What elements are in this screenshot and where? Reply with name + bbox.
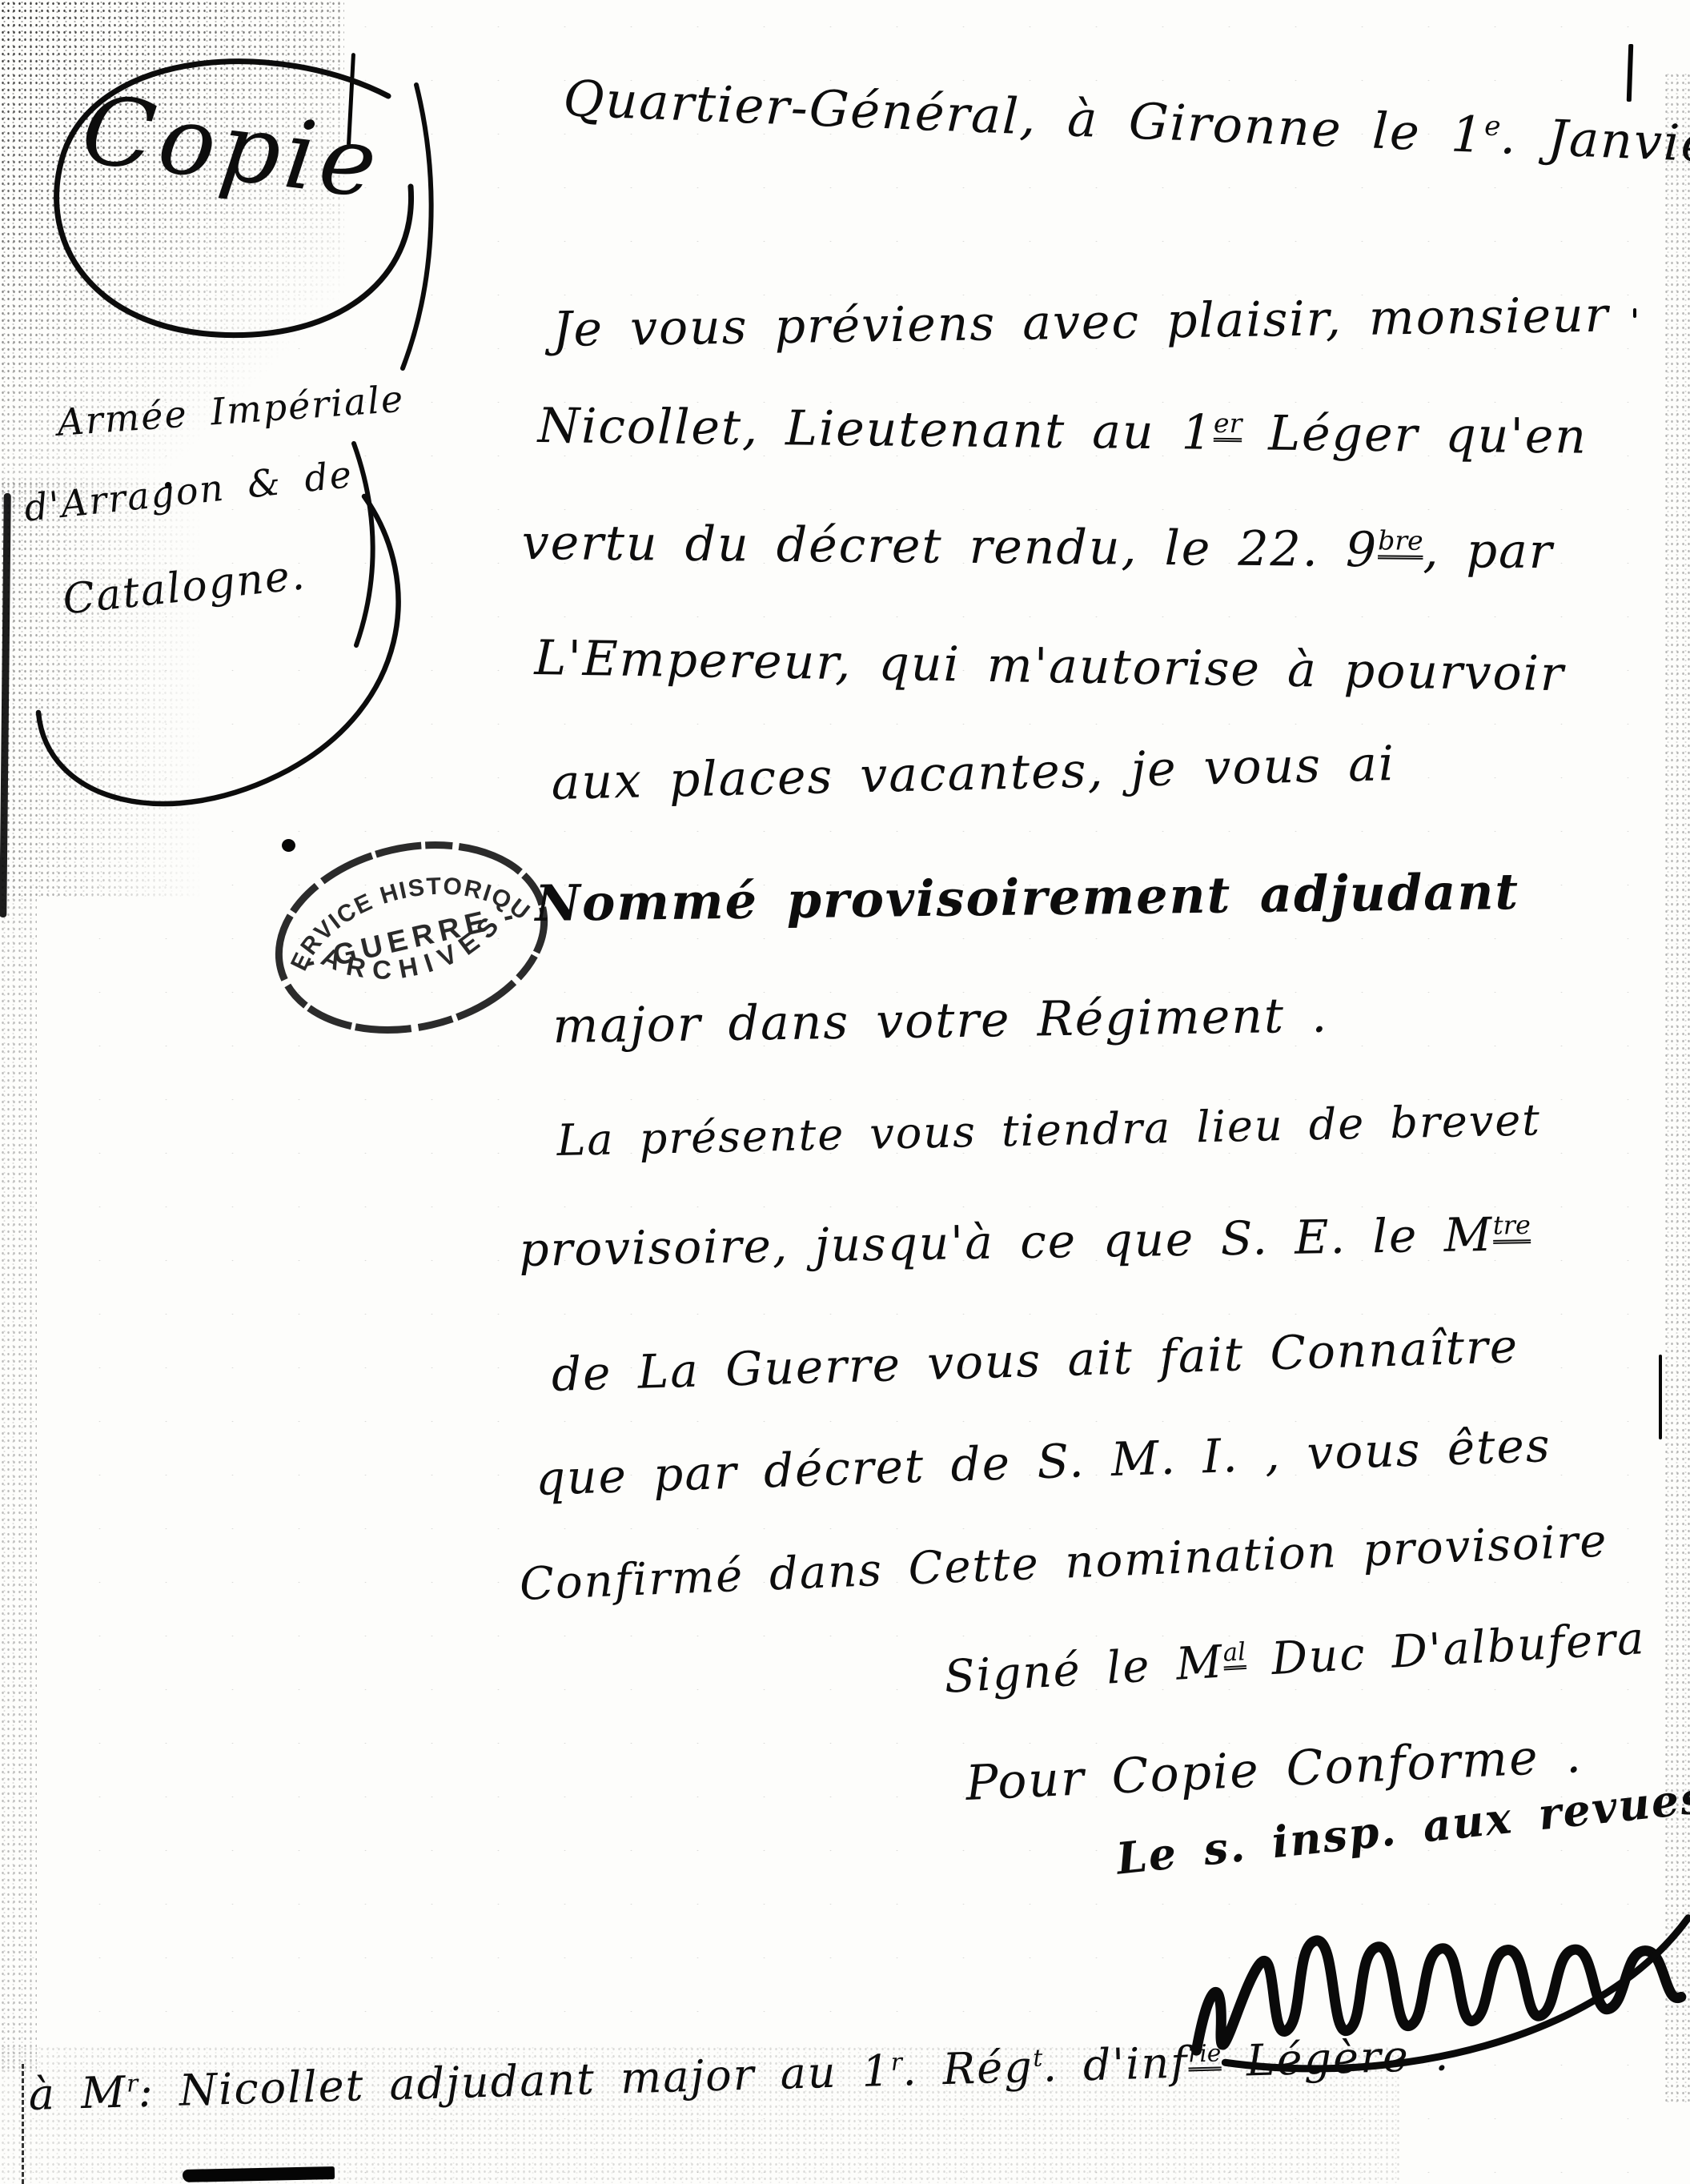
- signed-line: Signé le Mal Duc D'albufera: [943, 1616, 1647, 1700]
- text-segment: Nicollet, Lieutenant au 1: [537, 398, 1214, 461]
- superscript-segment: r: [126, 2070, 138, 2098]
- top-right-ink-tick: [1627, 44, 1634, 102]
- copie-flourish-oval: [12, 32, 448, 376]
- text-segment: La présente vous tiendra lieu de brevet: [556, 1094, 1542, 1166]
- text-segment: de La Guerre vous ait fait Connaître: [551, 1319, 1519, 1402]
- body-line-7: major dans votre Régiment .: [552, 991, 1329, 1050]
- text-segment: Légère .: [1221, 2029, 1451, 2086]
- superscript-segment: er: [1214, 407, 1242, 439]
- text-segment: Nommé provisoirement adjudant: [535, 862, 1520, 933]
- text-segment: Quartier-Général, à Gironne le 1: [562, 69, 1485, 164]
- left-edge-scan-noise: [0, 480, 240, 897]
- address-line: à Mr: Nicollet adjudant major au 1r. Rég…: [28, 2033, 1451, 2117]
- archive-stamp: SERVICE HISTORIQUE - GUERRE - ARCHIVES: [241, 796, 581, 1080]
- superscript-segment: al: [1222, 1637, 1246, 1668]
- margin-line-aragon: d'Arragon & de: [22, 456, 355, 527]
- left-margin-speckle: [0, 897, 37, 2074]
- body-line-6: Nommé provisoirement adjudant: [535, 867, 1519, 929]
- margin-line-catalogne: Catalogne.: [61, 554, 307, 621]
- bottom-ink-smear: [183, 2166, 335, 2182]
- superscript-segment: r: [890, 2049, 902, 2077]
- text-segment: provisoire, jusqu'à ce que S. E. le M: [519, 1207, 1494, 1277]
- text-segment: à M: [28, 2067, 127, 2120]
- body-line-5: aux places vacantes, je vous ai: [551, 740, 1396, 807]
- text-segment: Duc D'albufera: [1245, 1612, 1647, 1687]
- text-segment: . Janvier 1814.: [1499, 106, 1690, 182]
- page-edge-line: [0, 493, 11, 917]
- text-segment: vertu du décret rendu, le 22. 9: [521, 515, 1378, 578]
- right-ink-mark: [1633, 308, 1636, 318]
- superscript-segment: e: [1483, 110, 1501, 143]
- mid-right-ink-line: [1659, 1355, 1662, 1439]
- text-segment: . d'inf: [1042, 2037, 1189, 2092]
- body-line-9: provisoire, jusqu'à ce que S. E. le Mtre: [519, 1210, 1531, 1273]
- body-line-11: que par décret de S. M. I. , vous êtes: [535, 1422, 1552, 1502]
- body-line-2: Nicollet, Lieutenant au 1er Léger qu'en: [537, 402, 1588, 461]
- superscript-segment: bre: [1378, 524, 1423, 556]
- text-segment: Signé le M: [943, 1636, 1225, 1704]
- body-line-10: de La Guerre vous ait fait Connaître: [551, 1323, 1519, 1398]
- text-segment: L'Empereur, qui m'autorise à pourvoir: [534, 630, 1565, 702]
- superscript-segment: rie: [1188, 2039, 1222, 2068]
- text-segment: major dans votre Régiment .: [552, 987, 1329, 1054]
- body-line-8: La présente vous tiendra lieu de brevet: [556, 1098, 1541, 1162]
- margin-line-army: Armée Impériale: [56, 380, 406, 441]
- text-segment: Léger qu'en: [1242, 405, 1588, 465]
- scanned-manuscript-page: Copie Armée Impériale d'Arragon & de Cat…: [0, 0, 1690, 2184]
- text-segment: , par: [1423, 523, 1554, 580]
- body-line-4: L'Empereur, qui m'autorise à pourvoir: [534, 634, 1565, 698]
- text-segment: . Rég: [901, 2041, 1034, 2096]
- text-segment: : Nicollet adjudant major au 1: [138, 2045, 892, 2117]
- text-segment: que par décret de S. M. I. , vous êtes: [535, 1418, 1552, 1506]
- text-segment: Je vous préviens avec plaisir, monsieur: [552, 287, 1610, 358]
- bottom-left-dashed-edge: [22, 2064, 24, 2184]
- body-line-12: Confirmé dans Cette nomination provisoir…: [519, 1519, 1608, 1608]
- body-line-3: vertu du décret rendu, le 22. 9bre, par: [521, 519, 1553, 576]
- text-segment: Confirmé dans Cette nomination provisoir…: [519, 1515, 1609, 1611]
- body-line-1: Je vous préviens avec plaisir, monsieur: [552, 291, 1610, 354]
- superscript-segment: tre: [1493, 1210, 1531, 1241]
- copy-label: Copie: [76, 74, 387, 220]
- text-segment: aux places vacantes, je vous ai: [551, 736, 1396, 811]
- dateline: Quartier-Général, à Gironne le 1e. Janvi…: [563, 74, 1690, 178]
